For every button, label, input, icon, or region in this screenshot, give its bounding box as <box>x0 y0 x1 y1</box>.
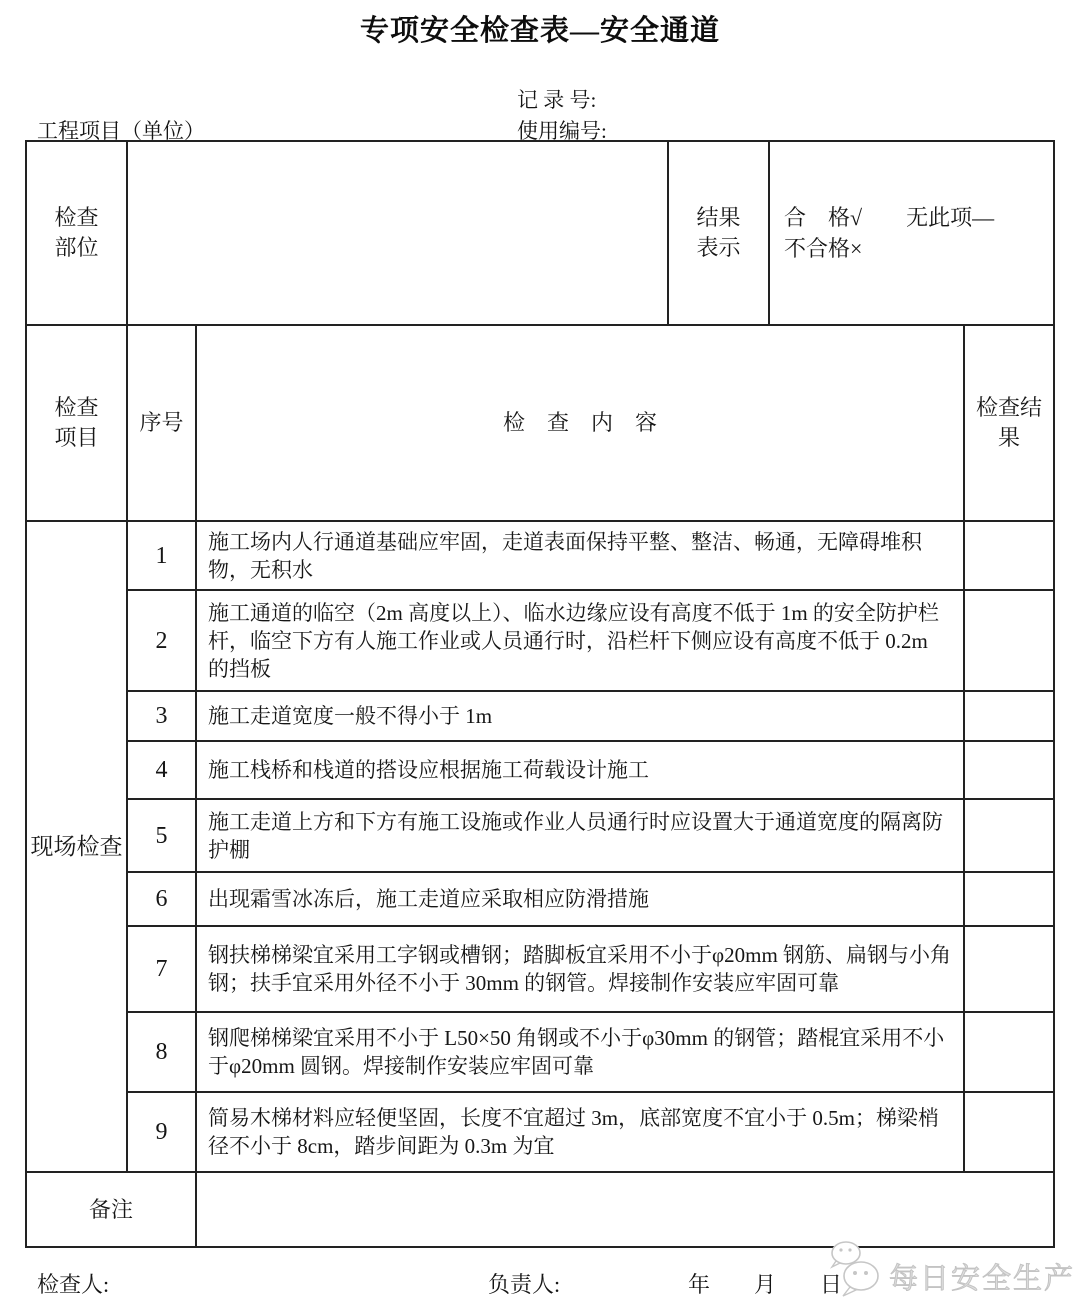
row-seq: 9 <box>128 1093 197 1173</box>
inspection-table: 检查 部位 结果 表示 合 格√ 无此项— 不合格× 检查 项目 序号 检 查 … <box>25 140 1055 1248</box>
row-content: 简易木梯材料应轻便坚固，长度不宜超过 3m，底部宽度不宜小于 0.5m；梯梁梢径… <box>197 1093 965 1173</box>
site-check-label: 现场检查 <box>27 522 128 1173</box>
row-content: 施工走道上方和下方有施工设施或作业人员通行时应设置大于通道宽度的隔离防护棚 <box>197 800 965 873</box>
form-title: 专项安全检查表—安全通道 <box>0 8 1080 49</box>
wechat-icon <box>828 1238 886 1300</box>
manager-label: 负责人: <box>488 1268 560 1299</box>
row-seq: 6 <box>128 873 197 927</box>
remark-content-cell <box>197 1173 1055 1248</box>
row-content: 钢扶梯梯梁宜采用工字钢或槽钢；踏脚板宜采用不小于φ20mm 钢筋、扁钢与小角钢；… <box>197 927 965 1013</box>
result-indication-header: 结果 表示 <box>669 142 770 326</box>
row-content: 施工场内人行通道基础应牢固，走道表面保持平整、整洁、畅通，无障碍堆积物，无积水 <box>197 522 965 591</box>
watermark: 每日安全生产 <box>828 1238 1075 1300</box>
row-seq: 5 <box>128 800 197 873</box>
row-content: 施工走道宽度一般不得小于 1m <box>197 692 965 742</box>
row-content: 出现霜雪冰冻后，施工走道应采取相应防滑措施 <box>197 873 965 927</box>
row-result-cell <box>965 522 1055 591</box>
check-part-value-cell <box>128 142 669 326</box>
row-seq: 8 <box>128 1013 197 1093</box>
date-label: 年 月 日 <box>688 1268 842 1299</box>
record-number-label: 记 录 号: <box>517 84 596 114</box>
row-result-cell <box>965 1013 1055 1093</box>
watermark-text: 每日安全生产 <box>889 1256 1075 1297</box>
remark-label: 备注 <box>27 1173 197 1248</box>
row-result-cell <box>965 1093 1055 1173</box>
row-content: 施工栈桥和栈道的搭设应根据施工荷载设计施工 <box>197 742 965 800</box>
result-legend: 合 格√ 无此项— 不合格× <box>770 142 1055 326</box>
row-result-cell <box>965 742 1055 800</box>
check-part-header: 检查 部位 <box>27 142 128 326</box>
row-content: 施工通道的临空（2m 高度以上）、临水边缘应设有高度不低于 1m 的安全防护栏杆… <box>197 591 965 692</box>
row-result-cell <box>965 692 1055 742</box>
seq-header: 序号 <box>128 326 197 522</box>
row-result-cell <box>965 873 1055 927</box>
row-result-cell <box>965 927 1055 1013</box>
row-result-cell <box>965 800 1055 873</box>
row-seq: 7 <box>128 927 197 1013</box>
check-item-header: 检查 项目 <box>27 326 128 522</box>
row-seq: 4 <box>128 742 197 800</box>
row-seq: 1 <box>128 522 197 591</box>
inspector-label: 检查人: <box>37 1268 109 1299</box>
row-content: 钢爬梯梯梁宜采用不小于 L50×50 角钢或不小于φ30mm 的钢管；踏棍宜采用… <box>197 1013 965 1093</box>
row-seq: 3 <box>128 692 197 742</box>
content-header: 检 查 内 容 <box>197 326 965 522</box>
row-result-cell <box>965 591 1055 692</box>
result-column-header: 检查结 果 <box>965 326 1055 522</box>
row-seq: 2 <box>128 591 197 692</box>
